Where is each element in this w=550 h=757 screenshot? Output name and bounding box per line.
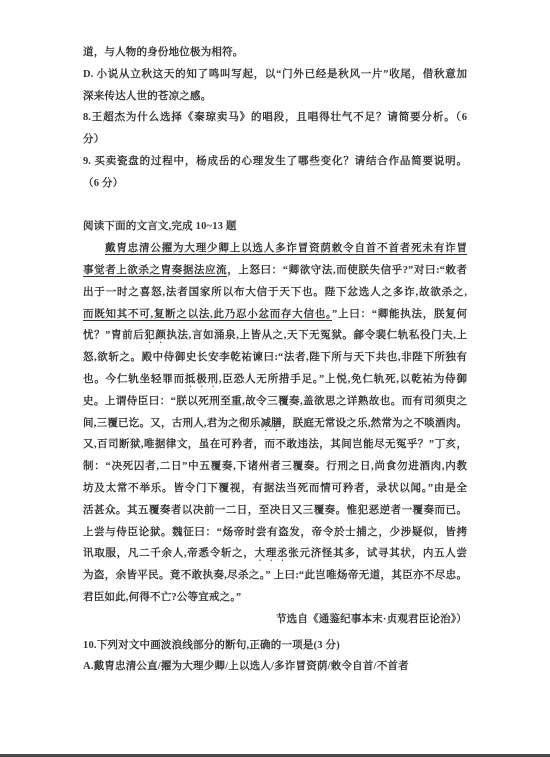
text-segment: 活甚众。其五覆奏者以决前一二日，至决日又三覆奏。惟犯恶逆者一覆奏而已。	[83, 505, 467, 516]
text-segment: 又,百司断狱,唯据律文，虽在可矜者，而不敢违法，其间岂能尽无冤乎？”丁亥，	[83, 439, 467, 450]
classical-passage-line: 也。今仁轨坐轻罪而抵极刑,臣恐人无所措手足。”上悦,免仁轨死,以乾祐为侍御	[83, 369, 467, 391]
text-segment: 张元济怪其多，试寻其状，内五人尝	[288, 548, 467, 559]
text-segment: 制：“决死囚者,二日”中五覆奏,下诸州者三覆奏。行刑之日,尚食勿进酒肉,内教	[83, 461, 467, 472]
text-segment: ,臣恐人无所措手足。”上悦,免仁轨死,以乾祐为侍御	[219, 374, 467, 385]
text-segment: 君臣如此,何得不亡?公等宜戒之。”	[83, 592, 241, 603]
classical-passage-line: 事觉者上欲杀之胄奏据法应流，上怒曰：“卿欲守法,而使朕失信乎?”对曰:“敕者	[83, 260, 467, 282]
classical-passage-line: 活甚众。其五覆奏者以决前一二日，至决日又三覆奏。惟犯恶逆者一覆奏而已。	[83, 500, 467, 522]
classical-passage-line: 怒,欲斩之。殿中侍御史长安李乾祐谏曰:“法者,陛下所与天下共也,非陛下所独有	[83, 347, 467, 369]
question-9-line: 9. 买卖瓷盘的过程中，杨成岳的心理发生了哪些变化？请结合作品简要说明。	[83, 151, 467, 173]
classical-passage-line: 讯取服，凡二千余人,帝悉令斩之，大理丞张元济怪其多，试寻其状，内五人尝	[83, 543, 467, 565]
text-segment: 阅读下面的文言文,完成 10~13 题	[83, 221, 237, 232]
classical-passage-line: 出于一时之喜怒,法者国家所以布大信于天下也。陛下忿选人之多诈,故欲杀之,	[83, 282, 467, 304]
option-c-tail: 道，与人物的身份地位极为相符。	[83, 42, 467, 64]
classical-passage-line: 君臣如此,何得不亡?公等宜戒之。”	[83, 587, 467, 609]
text-segment: 为盗，余皆平民。竟不敢执奏,尽杀之。” 上曰:“此岂唯炀帝无道，其臣亦不尽忠。	[83, 570, 467, 581]
text-segment: 坊及太常不举乐。皆令门下覆视，有据法当死而情可矜者，录状以闻。”由是全	[83, 483, 467, 494]
source-citation-line: 节选自《通鉴纪事本末·贞观君臣论治》）	[83, 609, 467, 631]
classical-passage-line: 上尝与侍臣论狱。魏征曰：“炀帝时尝有盗发，帝令於士捕之，少涉疑似，皆拷	[83, 522, 467, 544]
blank-line	[83, 195, 467, 217]
text-segment: 8.王超杰为什么选择《秦琼卖马》的唱段，且唱得壮气不足？请简要分析。（6	[83, 112, 467, 123]
text-segment: 分）	[83, 134, 104, 145]
text-segment: ”上曰：“卿能执法，朕复何	[332, 309, 467, 320]
text-segment: 也。今仁轨坐轻罪而	[83, 374, 185, 385]
classical-passage-line: 而既知其不可,复断之以法,此乃忍小忿而存大信也。”上曰：“卿能执法，朕复何	[83, 304, 467, 326]
passage-intro-line: 阅读下面的文言文,完成 10~13 题	[83, 216, 467, 238]
text-segment: 怒,欲斩之。殿中侍御史长安李乾祐谏曰:“法者,陛下所与天下共也,非陛下所独有	[83, 352, 467, 363]
question-8: 8.王超杰为什么选择《秦琼卖马》的唱段，且唱得壮气不足？请简要分析。（6分）	[83, 107, 467, 151]
text-segment: 上尝与侍臣论狱。魏征曰：“炀帝时尝有盗发，帝令於士捕之，少涉疑似，皆拷	[83, 527, 467, 538]
text-segment: A.戴胄忠清公直/擢为大理少卿/上以选人/多诈冒资荫/敕令自首/不首者	[83, 661, 409, 672]
classical-passage-line: 制：“决死囚者,二日”中五覆奏,下诸州者三覆奏。行刑之日,尚食勿进酒肉,内教	[83, 456, 467, 478]
classical-passage-line: 坊及太常不举乐。皆令门下覆视，有据法当死而情可矜者，录状以闻。”由是全	[83, 478, 467, 500]
question-9: 9. 买卖瓷盘的过程中，杨成岳的心理发生了哪些变化？请结合作品简要说明。（6 分…	[83, 151, 467, 195]
question-8-line: 分）	[83, 129, 467, 151]
underlined-text: 而既知其不可,复断之以法,此乃忍小忿而存大信也。	[83, 309, 332, 320]
classical-passage-line: 间,三覆已讫。又，古刑人,君为之彻乐减膳，朕庭无常设之乐,然常为之不啖酒肉。	[83, 413, 467, 435]
classical-passage: 戴胄忠清公擢为大理少卿上以选人多诈冒资荫敕令自首不首者死未有诈冒事觉者上欲杀之胄…	[83, 238, 467, 609]
text-segment: 史。上谓侍臣曰：“朕以死刑至重,故令三覆奏,盖欲思之详熟故也。而有司须臾之	[83, 396, 467, 407]
classical-passage-line: 史。上谓侍臣曰：“朕以死刑至重,故令三覆奏,盖欲思之详熟故也。而有司须臾之	[83, 391, 467, 413]
classical-passage-line: 忧？”胄前后犯颜执法,言如涌泉,上皆从之,天下无冤狱。鄃令裴仁轨私役门夫,上	[83, 325, 467, 347]
spacer	[83, 195, 467, 217]
emphasis-dotted-text: 大理丞	[255, 548, 289, 559]
text-segment: 讯取服，凡二千余人,帝悉令斩之，	[83, 548, 255, 559]
classical-passage-line: 戴胄忠清公擢为大理少卿上以选人多诈冒资荫敕令自首不首者死未有诈冒	[83, 238, 467, 260]
option-c-tail-line: 道，与人物的身份地位极为相符。	[83, 42, 467, 64]
question-10-line: 10.下列对文中画波浪线部分的断句,正确的一项是(3 分)	[83, 635, 467, 657]
option-d: D. 小说从立秋这天的知了鸣叫写起，以“门外已经是秋风一片”收尾，借秋意加深来传…	[83, 64, 467, 108]
text-segment: 执法,言如涌泉,上皆从之,天下无冤狱。鄃令裴仁轨私役门夫,上	[166, 330, 467, 341]
emphasis-dotted-text: 犯颜	[144, 330, 166, 341]
text-segment: 节选自《通鉴纪事本末·贞观君臣论治》）	[276, 614, 467, 625]
document-page: 道，与人物的身份地位极为相符。D. 小说从立秋这天的知了鸣叫写起，以“门外已经是…	[0, 0, 550, 757]
text-segment: 出于一时之喜怒,法者国家所以布大信于天下也。陛下忿选人之多诈,故欲杀之,	[83, 287, 467, 298]
classical-passage-line: 为盗，余皆平民。竟不敢执奏,尽杀之。” 上曰:“此岂唯炀帝无道，其臣亦不尽忠。	[83, 565, 467, 587]
text-segment: （6 分）	[83, 178, 123, 189]
text-segment: 忧？”胄前后	[83, 330, 144, 341]
question-9-line: （6 分）	[83, 173, 467, 195]
text-segment: 9. 买卖瓷盘的过程中，杨成岳的心理发生了哪些变化？请结合作品简要说明。	[83, 156, 467, 167]
text-segment: 深来传达人世的苍凉之感。	[83, 91, 211, 102]
option-d-line: D. 小说从立秋这天的知了鸣叫写起，以“门外已经是秋风一片”收尾，借秋意加	[83, 64, 467, 86]
emphasis-dotted-text: 减膳	[260, 418, 281, 429]
question-8-line: 8.王超杰为什么选择《秦琼卖马》的唱段，且唱得壮气不足？请简要分析。（6	[83, 107, 467, 129]
emphasis-dotted-text: 抵极刑	[185, 374, 219, 385]
underlined-text: 事觉者上欲杀之胄奏据法应流	[83, 265, 227, 276]
text-segment: 道，与人物的身份地位极为相符。	[83, 47, 244, 58]
text-segment: ，朕庭无常设之乐,然常为之不啖酒肉。	[282, 418, 467, 429]
text-segment: 间,三覆已讫。又，古刑人,君为之彻乐	[83, 418, 260, 429]
classical-passage-line: 又,百司断狱,唯据律文，虽在可矜者，而不敢违法，其间岂能尽无冤乎？”丁亥，	[83, 434, 467, 456]
text-segment: D. 小说从立秋这天的知了鸣叫写起，以“门外已经是秋风一片”收尾，借秋意加	[83, 69, 467, 80]
underlined-text: 戴胄忠清公擢为大理少卿上以选人多诈冒资荫敕令自首不首者死未有诈冒	[105, 243, 467, 254]
question-10: 10.下列对文中画波浪线部分的断句,正确的一项是(3 分)	[83, 635, 467, 657]
source-citation: 节选自《通鉴纪事本末·贞观君臣论治》）	[83, 609, 467, 631]
text-segment: 10.下列对文中画波浪线部分的断句,正确的一项是(3 分)	[83, 640, 340, 651]
question-10-option-a: A.戴胄忠清公直/擢为大理少卿/上以选人/多诈冒资荫/敕令自首/不首者	[83, 656, 467, 678]
question-10-option-a-line: A.戴胄忠清公直/擢为大理少卿/上以选人/多诈冒资荫/敕令自首/不首者	[83, 656, 467, 678]
text-segment: ，上怒曰：“卿欲守法,而使朕失信乎?”对曰:“敕者	[227, 265, 467, 276]
document-content: 道，与人物的身份地位极为相符。D. 小说从立秋这天的知了鸣叫写起，以“门外已经是…	[83, 42, 467, 678]
option-d-line: 深来传达人世的苍凉之感。	[83, 86, 467, 108]
passage-intro: 阅读下面的文言文,完成 10~13 题	[83, 216, 467, 238]
